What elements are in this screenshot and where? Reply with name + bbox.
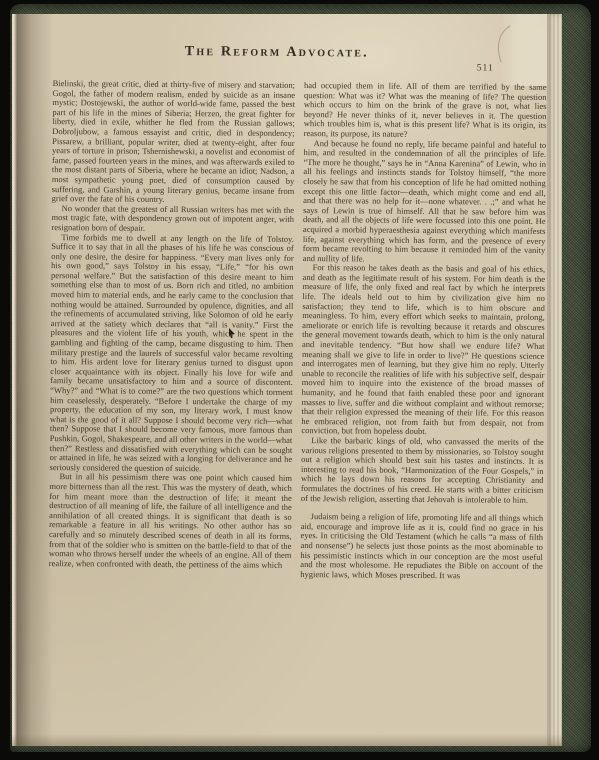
running-header: The Reform Advocate. 511 <box>53 43 547 83</box>
paragraph: had occupied them in life. All of them a… <box>304 81 547 140</box>
page-title: The Reform Advocate. <box>30 43 524 63</box>
page-bottom-shadow <box>12 734 562 746</box>
left-column: Bielinski, the great critic, died at thi… <box>49 79 295 579</box>
page-content: The Reform Advocate. 511 Bielinski, the … <box>49 30 547 581</box>
paragraph: Bielinski, the great critic, died at thi… <box>52 79 295 206</box>
page-number: 511 <box>477 63 494 73</box>
paragraph: No wonder that the greatest of all Russi… <box>51 204 294 235</box>
book-page: The Reform Advocate. 511 Bielinski, the … <box>12 14 562 746</box>
text-columns: Bielinski, the great critic, died at thi… <box>49 79 547 581</box>
paragraph: Time forbids me to dwell at any length o… <box>50 233 294 475</box>
binding-gutter-shadow <box>12 14 54 746</box>
paragraph: Judaism being a religion of life, promot… <box>300 512 543 581</box>
paragraph: And because he found no reply, life beca… <box>303 139 546 266</box>
paragraph: Like the barbaric kings of old, who canv… <box>301 436 544 505</box>
right-column: had occupied them in life. All of them a… <box>300 81 546 581</box>
paragraph: But in all his pessimism there was one p… <box>49 472 292 570</box>
page-stack-edge <box>547 14 562 746</box>
scanned-book-photo: The Reform Advocate. 511 Bielinski, the … <box>0 0 599 760</box>
paragraph: For this reason he takes death as the ba… <box>301 263 545 438</box>
